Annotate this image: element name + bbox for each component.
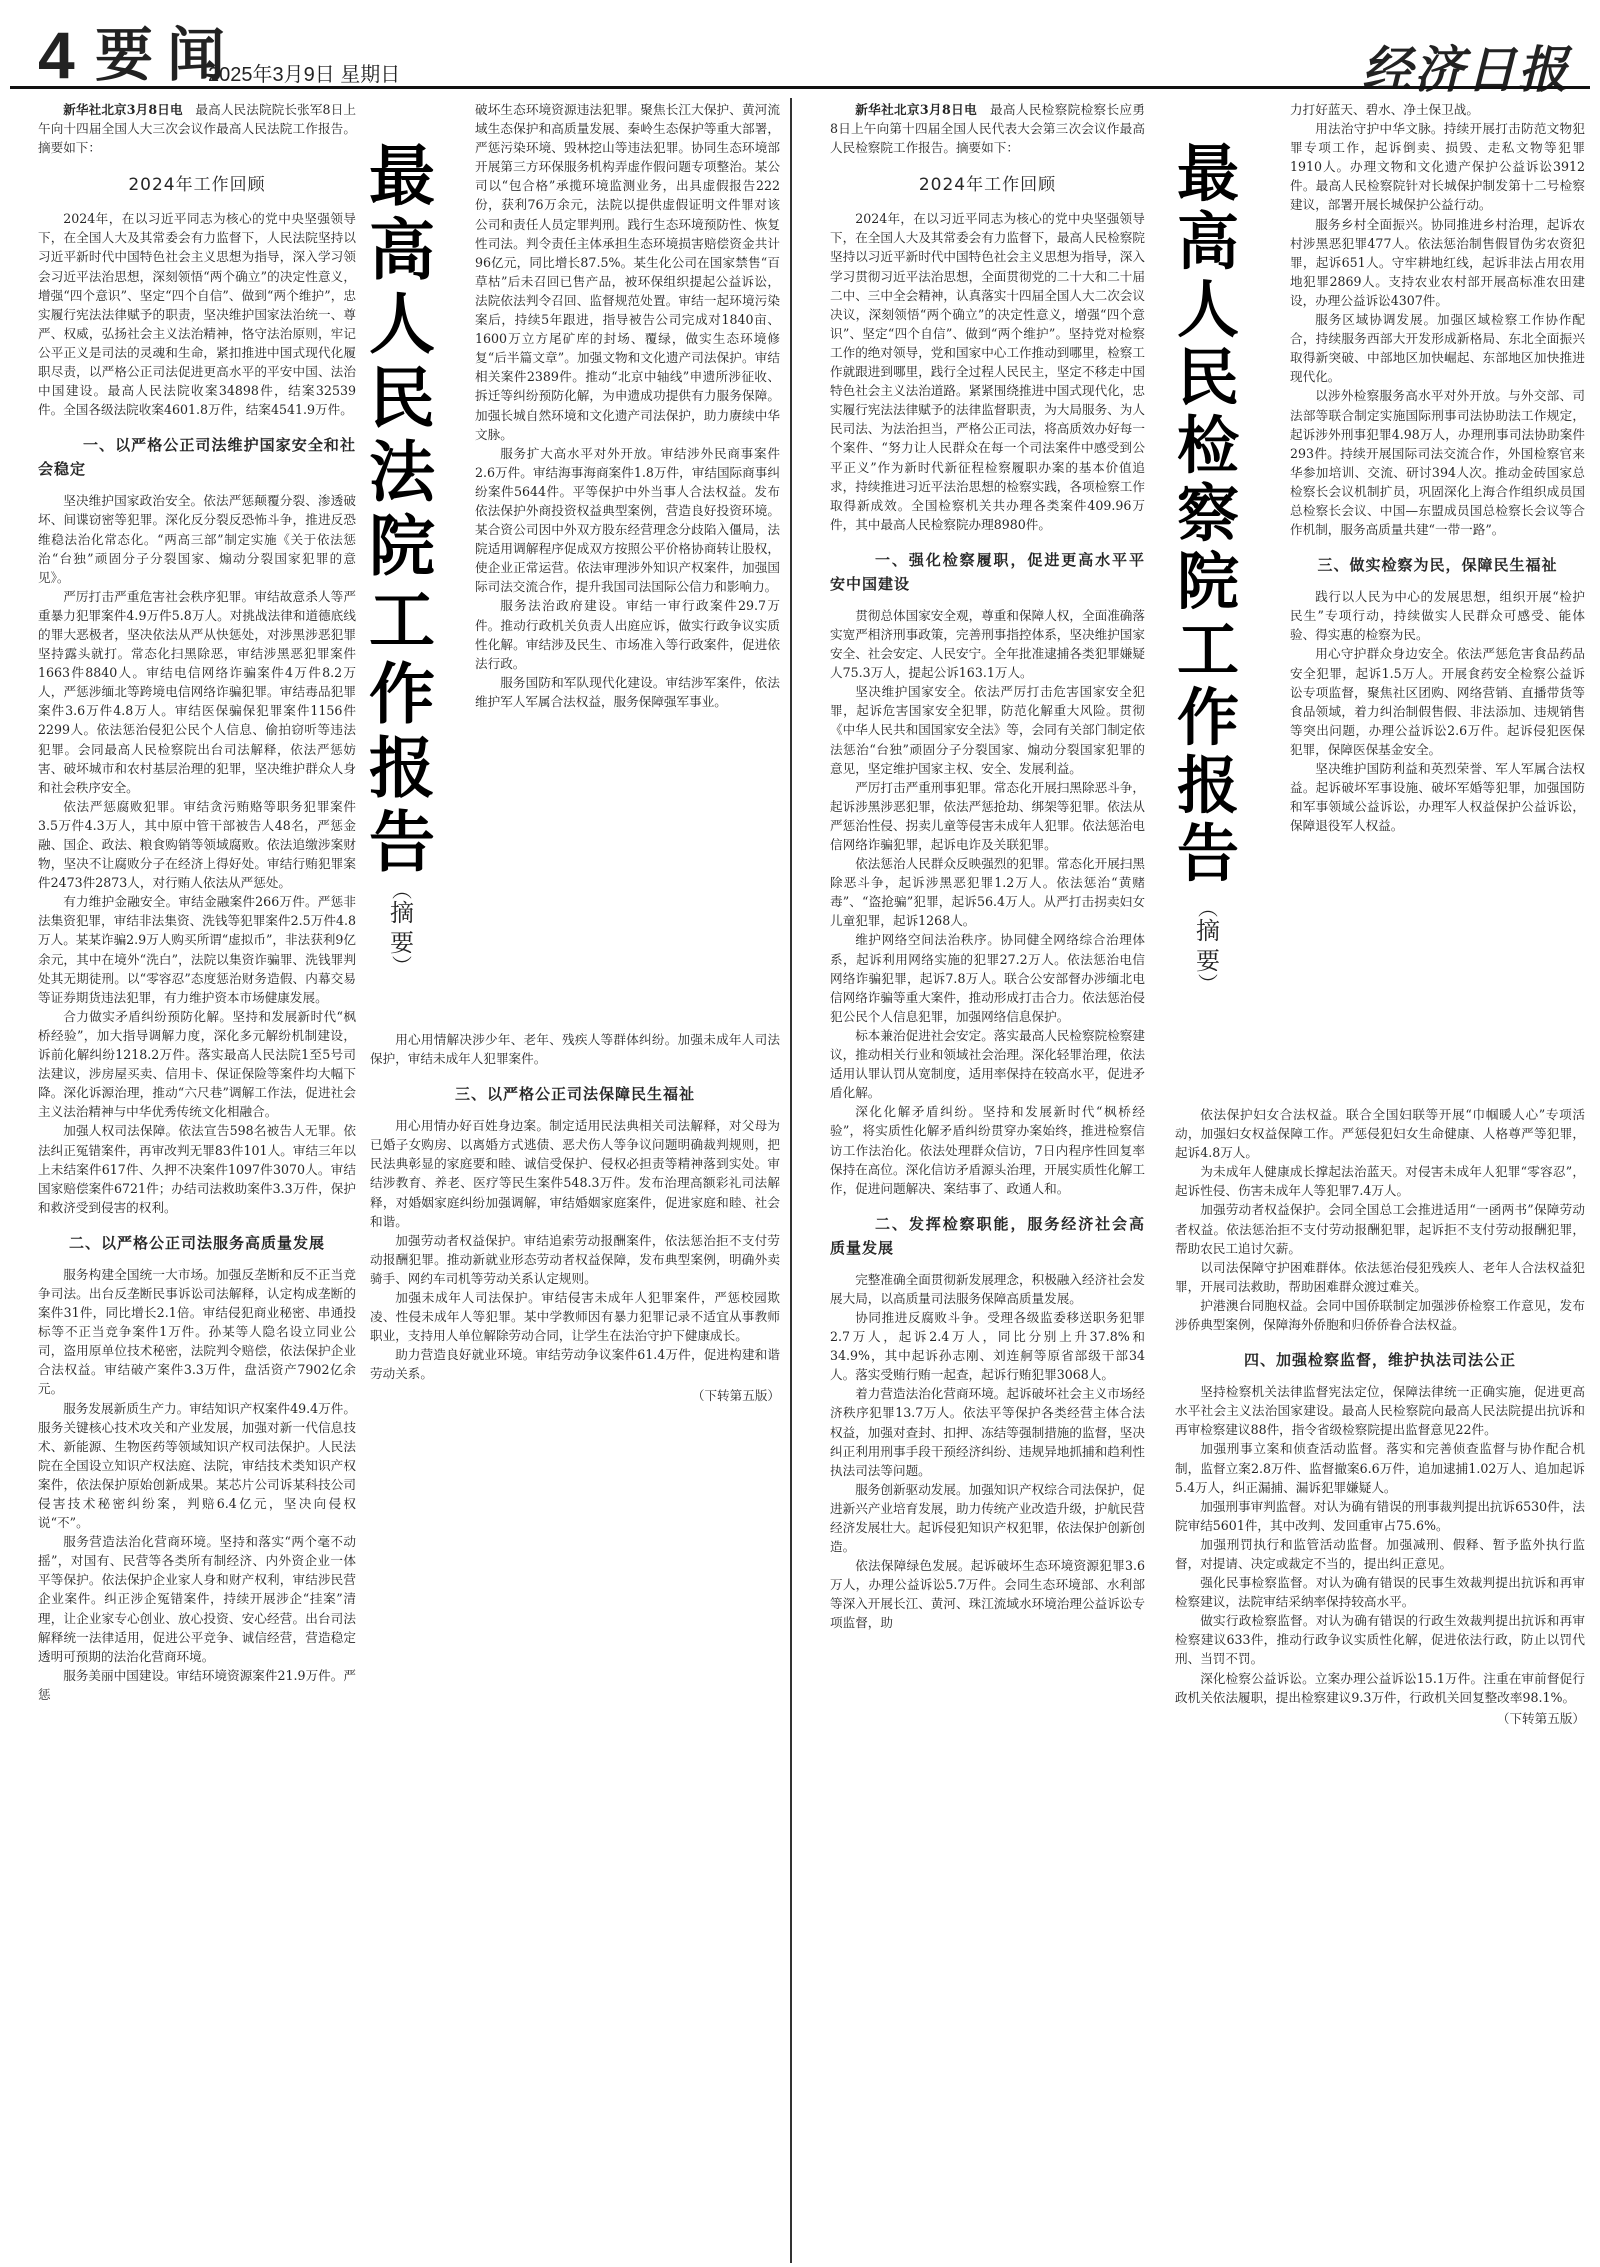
procuratorate-paragraph: 服务创新驱动发展。加强知识产权综合司法保护，促进新兴产业培育发展，助力传统产业改… (830, 1480, 1145, 1556)
close-paren: ︶ (382, 958, 422, 974)
court-column-2: 破坏生态环境资源违法犯罪。聚焦长江大保护、黄河流域生态保护和高质量发展、秦岭生态… (475, 100, 780, 1020)
procuratorate-paragraph: 以涉外检察服务高水平对外开放。与外交部、司法部等联合制定实施国际刑事司法协助法工… (1290, 386, 1585, 539)
procuratorate-paragraph: 坚持检察机关法律监督宪法定位，保障法律统一正确实施，促进更高水平社会主义法治国家… (1175, 1382, 1585, 1439)
title-char: 院 (1168, 548, 1248, 616)
procuratorate-paragraph: 以司法保障守护困难群体。依法惩治侵犯残疾人、老年人合法权益犯罪，开展司法救助，帮… (1175, 1258, 1585, 1296)
procuratorate-column-1: 新华社北京3月8日电 最高人民检察院检察长应勇8日上午向第十四届全国人民代表大会… (830, 100, 1145, 2260)
title-char: 察 (1168, 480, 1248, 548)
title-char: 报 (362, 732, 442, 806)
procuratorate-section-3-heading: 三、做实检察为民，保障民生福祉 (1290, 553, 1585, 577)
procuratorate-paragraph: 为未成年人健康成长撑起法治蓝天。对侵害未成年人犯罪“零容忍”，起诉性侵、伤害未成… (1175, 1162, 1585, 1200)
court-paragraph: 服务营造法治化营商环境。坚持和落实“两个毫不动摇”，对国有、民营等各类所有制经济… (38, 1532, 356, 1666)
procuratorate-section-2-heading: 二、发挥检察职能，服务经济社会高质量发展 (830, 1212, 1145, 1260)
title-char: 民 (362, 362, 442, 436)
close-paren: ︶ (1188, 976, 1228, 992)
court-paragraph: 破坏生态环境资源违法犯罪。聚焦长江大保护、黄河流域生态保护和高质量发展、秦岭生态… (475, 100, 780, 444)
title-char: 工 (1168, 616, 1248, 684)
procuratorate-section-1-heading: 一、强化检察履职，促进更高水平平安中国建设 (830, 548, 1145, 596)
procuratorate-paragraph: 护港澳台同胞权益。会同中国侨联制定加强涉侨检察工作意见，发布涉侨典型案例，保障海… (1175, 1296, 1585, 1334)
title-char: 作 (1168, 684, 1248, 752)
procuratorate-paragraph: 贯彻总体国家安全观，尊重和保障人权，全面准确落实宽严相济刑事政策，完善刑事指控体… (830, 606, 1145, 682)
court-review-paragraph: 2024年，在以习近平同志为核心的党中央坚强领导下，在全国人大及其常委会有力监督… (38, 209, 356, 419)
title-char: 民 (1168, 344, 1248, 412)
procuratorate-paragraph: 用法治守护中华文脉。持续开展打击防范文物犯罪专项工作，起诉倒卖、损毁、走私文物等… (1290, 119, 1585, 214)
subtitle-char: 摘 (1188, 916, 1228, 946)
court-paragraph: 服务发展新质生产力。审结知识产权案件49.4万件。服务关键核心技术攻关和产业发展… (38, 1399, 356, 1533)
procuratorate-paragraph: 维护网络空间法治秩序。协同健全网络综合治理体系，起诉利用网络实施的犯罪27.2万… (830, 930, 1145, 1025)
procuratorate-paragraph: 依法保障绿色发展。起诉破坏生态环境资源犯罪3.6万人，办理公益诉讼5.7万件。会… (830, 1556, 1145, 1632)
court-paragraph: 依法严惩腐败犯罪。审结贪污贿赂等职务犯罪案件3.5万件4.3万人，其中原中管干部… (38, 797, 356, 892)
court-section-1-heading: 一、以严格公正司法维护国家安全和社会稳定 (38, 433, 356, 481)
title-char: 人 (1168, 276, 1248, 344)
title-char: 高 (362, 214, 442, 288)
procuratorate-paragraph: 用心守护群众身边安全。依法严惩危害食品药品安全犯罪，起诉1.5万人。开展食药安全… (1290, 644, 1585, 759)
subtitle-char: 摘 (382, 898, 422, 928)
procuratorate-paragraph: 做实行政检察监督。对认为确有错误的行政生效裁判提出抗诉和再审检察建议633件，推… (1175, 1611, 1585, 1668)
court-paragraph: 助力营造良好就业环境。审结劳动争议案件61.4万件，促进构建和谐劳动关系。 (370, 1345, 780, 1383)
title-char: 工 (362, 584, 442, 658)
title-char: 高 (1168, 208, 1248, 276)
procuratorate-paragraph: 标本兼治促进社会安定。落实最高人民检察院检察建议，推动相关行业和领域社会治理。深… (830, 1026, 1145, 1102)
court-section-3-heading: 三、以严格公正司法保障民生福祉 (370, 1082, 780, 1106)
title-char: 检 (1168, 412, 1248, 480)
court-review-heading: 2024年工作回顾 (38, 171, 356, 199)
title-char: 报 (1168, 752, 1248, 820)
court-paragraph: 有力维护金融安全。审结金融案件266万件。严惩非法集资犯罪，审结非法集资、洗钱等… (38, 892, 356, 1007)
procuratorate-review-heading: 2024年工作回顾 (830, 171, 1145, 199)
masthead-rule (10, 86, 1590, 89)
procuratorate-paragraph: 严厉打击严重刑事犯罪。常态化开展扫黑除恶斗争，起诉涉黑涉恶犯罪，依法严惩抢劫、绑… (830, 778, 1145, 854)
procuratorate-paragraph: 加强刑罚执行和监管活动监督。加强减刑、假释、暂予监外执行监督，对提请、决定或裁定… (1175, 1535, 1585, 1573)
procuratorate-paragraph: 坚决维护国防利益和英烈荣誉、军人军属合法权益。起诉破坏军事设施、破坏军婚等犯罪，… (1290, 759, 1585, 835)
court-paragraph: 严厉打击严重危害社会秩序犯罪。审结故意杀人等严重暴力犯罪案件4.9万件5.8万人… (38, 587, 356, 797)
court-paragraph: 服务美丽中国建设。审结环境资源案件21.9万件。严惩 (38, 1666, 356, 1704)
court-paragraph: 加强人权司法保障。依法宣告598名被告人无罪。依法纠正冤错案件，再审改判无罪83… (38, 1121, 356, 1216)
title-char: 告 (362, 806, 442, 880)
newspaper-logo: 经济日报 (1362, 30, 1570, 102)
procuratorate-paragraph: 加强刑事审判监督。对认为确有错误的刑事裁判提出抗诉6530件，法院审结5601件… (1175, 1497, 1585, 1535)
title-char: 法 (362, 436, 442, 510)
procuratorate-paragraph: 深化化解矛盾纠纷。坚持和发展新时代“枫桥经验”，将实质性化解矛盾纠纷贯穿办案始终… (830, 1102, 1145, 1197)
procuratorate-paragraph: 深化检察公益诉讼。立案办理公益诉讼15.1万件。注重在审前督促行政机关依法履职，… (1175, 1669, 1585, 1707)
masthead: 4 要闻 2025年3月9日 星期日 经济日报 (0, 0, 1600, 88)
court-section-2-heading: 二、以严格公正司法服务高质量发展 (38, 1231, 356, 1255)
procuratorate-paragraph: 完整准确全面贯彻新发展理念，积极融入经济社会发展大局，以高质量司法服务保障高质量… (830, 1270, 1145, 1308)
court-paragraph: 合力做实矛盾纠纷预防化解。坚持和发展新时代“枫桥经验”，加大指导调解力度，深化多… (38, 1007, 356, 1122)
court-column-1: 新华社北京3月8日电 最高人民法院院长张军8日上午向十四届全国人大三次会议作最高… (38, 100, 356, 2260)
page-number: 4 (38, 22, 75, 88)
court-paragraph: 服务国防和军队现代化建设。审结涉军案件，依法维护军人军属合法权益，服务保障强军事… (475, 673, 780, 711)
procuratorate-paragraph: 加强刑事立案和侦查活动监督。落实和完善侦查监督与协作配合机制，监督立案2.8万件… (1175, 1439, 1585, 1496)
court-paragraph: 服务法治政府建设。审结一审行政案件29.7万件。推动行政机关负责人出庭应诉，做实… (475, 596, 780, 672)
court-paragraph: 服务构建全国统一大市场。加强反垄断和反不正当竞争司法。出台反垄断民事诉讼司法解释… (38, 1265, 356, 1399)
court-paragraph: 坚决维护国家政治安全。依法严惩颠覆分裂、渗透破坏、间谍窃密等犯罪。深化反分裂反恐… (38, 491, 356, 586)
court-paragraph: 服务扩大高水平对外开放。审结涉外民商事案件2.6万件。审结海事海商案件1.8万件… (475, 444, 780, 597)
title-char: 院 (362, 510, 442, 584)
procuratorate-paragraph: 加强劳动者权益保护。会同全国总工会推进适用“一函两书”保障劳动者权益。依法惩治拒… (1175, 1200, 1585, 1257)
procuratorate-continued-note: （下转第五版） (1175, 1709, 1585, 1728)
court-report-title: 最 高 人 民 法 院 工 作 报 告 (362, 140, 442, 880)
procuratorate-paragraph: 着力营造法治化营商环境。起诉破坏社会主义市场经济秩序犯罪13.7万人。依法平等保… (830, 1384, 1145, 1479)
procuratorate-paragraph: 服务区域协调发展。加强区域检察工作协作配合，持续服务西部大开发形成新格局、东北全… (1290, 310, 1585, 386)
procuratorate-paragraph: 坚决维护国家安全。依法严厉打击危害国家安全犯罪，起诉危害国家安全犯罪，防范化解重… (830, 682, 1145, 777)
title-char: 告 (1168, 820, 1248, 888)
procuratorate-section-4-heading: 四、加强检察监督，维护执法司法公正 (1175, 1348, 1585, 1372)
procuratorate-paragraph: 依法保护妇女合法权益。联合全国妇联等开展“巾帼暖人心”专项活动，加强妇女权益保障… (1175, 1105, 1585, 1162)
procuratorate-abstract-label: ︵ 摘 要 ︶ (1188, 900, 1228, 992)
procuratorate-report-title: 最 高 人 民 检 察 院 工 作 报 告 (1168, 140, 1248, 888)
court-paragraph: 用心用情解决涉少年、老年、残疾人等群体纠纷。加强未成年人司法保护，审结未成年人犯… (370, 1030, 780, 1068)
center-divider (790, 98, 792, 2263)
procuratorate-dateline: 新华社北京3月8日电 (855, 102, 977, 117)
procuratorate-paragraph: 协同推进反腐败斗争。受理各级监委移送职务犯罪2.7万人，起诉2.4万人，同比分别… (830, 1308, 1145, 1384)
issue-date: 2025年3月9日 星期日 (208, 58, 400, 87)
court-paragraph: 用心用情办好百姓身边案。制定适用民法典相关司法解释，对父母为已婚子女购房、以离婚… (370, 1116, 780, 1231)
court-column-2-lower: 用心用情解决涉少年、老年、残疾人等群体纠纷。加强未成年人司法保护，审结未成年人犯… (370, 1030, 780, 2260)
title-char: 最 (1168, 140, 1248, 208)
title-char: 最 (362, 140, 442, 214)
procuratorate-column-2: 力打好蓝天、碧水、净土保卫战。 用法治守护中华文脉。持续开展打击防范文物犯罪专项… (1290, 100, 1585, 1100)
court-continued-note: （下转第五版） (370, 1386, 780, 1405)
court-dateline: 新华社北京3月8日电 (63, 102, 183, 117)
procuratorate-paragraph: 依法惩治人民群众反映强烈的犯罪。常态化开展扫黑除恶斗争，起诉涉黑恶犯罪1.2万人… (830, 854, 1145, 930)
procuratorate-paragraph: 强化民事检察监督。对认为确有错误的民事生效裁判提出抗诉和再审检察建议，法院审结采… (1175, 1573, 1585, 1611)
procuratorate-paragraph: 服务乡村全面振兴。协同推进乡村治理，起诉农村涉黑恶犯罪477人。依法惩治制售假冒… (1290, 215, 1585, 310)
title-char: 人 (362, 288, 442, 362)
open-paren: ︵ (1188, 900, 1228, 916)
procuratorate-review-paragraph: 2024年，在以习近平同志为核心的党中央坚强领导下，在全国人大及其常委会有力监督… (830, 209, 1145, 534)
procuratorate-column-2-lower: 依法保护妇女合法权益。联合全国妇联等开展“巾帼暖人心”专项活动，加强妇女权益保障… (1175, 1105, 1585, 2260)
court-abstract-label: ︵ 摘 要 ︶ (382, 882, 422, 974)
court-paragraph: 加强劳动者权益保护。审结追索劳动报酬案件，依法惩治拒不支付劳动报酬犯罪。推动新就… (370, 1231, 780, 1288)
open-paren: ︵ (382, 882, 422, 898)
procuratorate-paragraph: 践行以人民为中心的发展思想，组织开展“检护民生”专项行动，持续做实人民群众可感受… (1290, 587, 1585, 644)
court-paragraph: 加强未成年人司法保护。审结侵害未成年人犯罪案件，严惩校园欺凌、性侵未成年人等犯罪… (370, 1288, 780, 1345)
title-char: 作 (362, 658, 442, 732)
procuratorate-paragraph: 力打好蓝天、碧水、净土保卫战。 (1290, 100, 1585, 119)
